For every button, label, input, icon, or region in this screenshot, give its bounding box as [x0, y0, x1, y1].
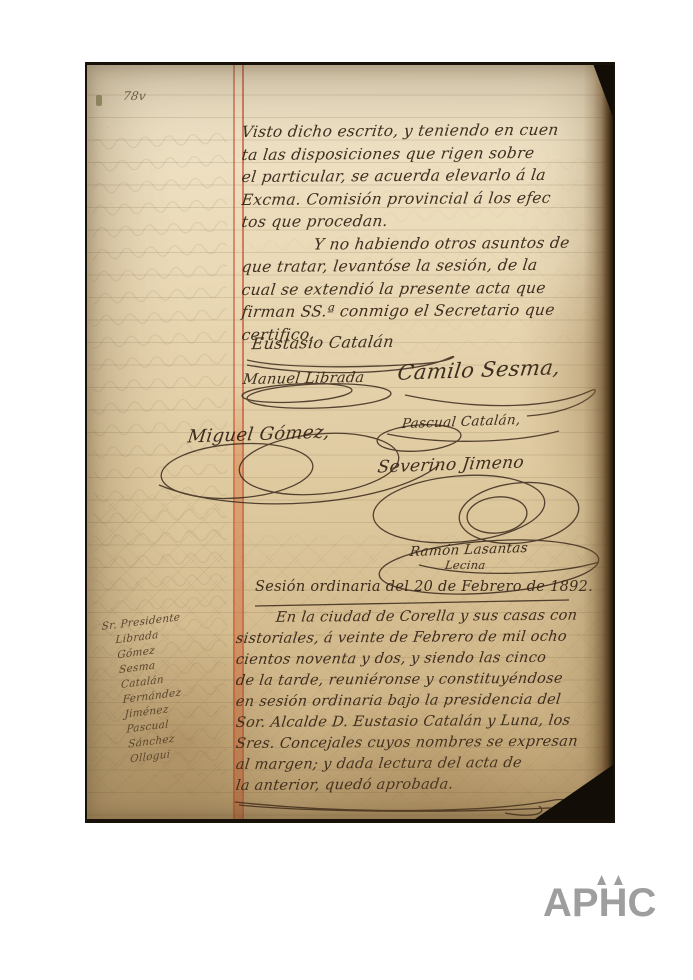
watermark-letters-ap: AP [543, 883, 599, 923]
scanned-document-canvas: 78v Visto dicho escrito, y teniendo en c… [0, 0, 693, 980]
page-vignette [87, 65, 613, 819]
page-right-edge [583, 65, 613, 819]
manuscript-page: 78v Visto dicho escrito, y teniendo en c… [87, 65, 613, 819]
watermark-letter-c: C [627, 883, 656, 923]
manuscript-photo: 78v Visto dicho escrito, y teniendo en c… [85, 62, 615, 823]
watermark-letter-h: H [599, 883, 628, 923]
aphc-watermark: APHC [543, 883, 656, 923]
